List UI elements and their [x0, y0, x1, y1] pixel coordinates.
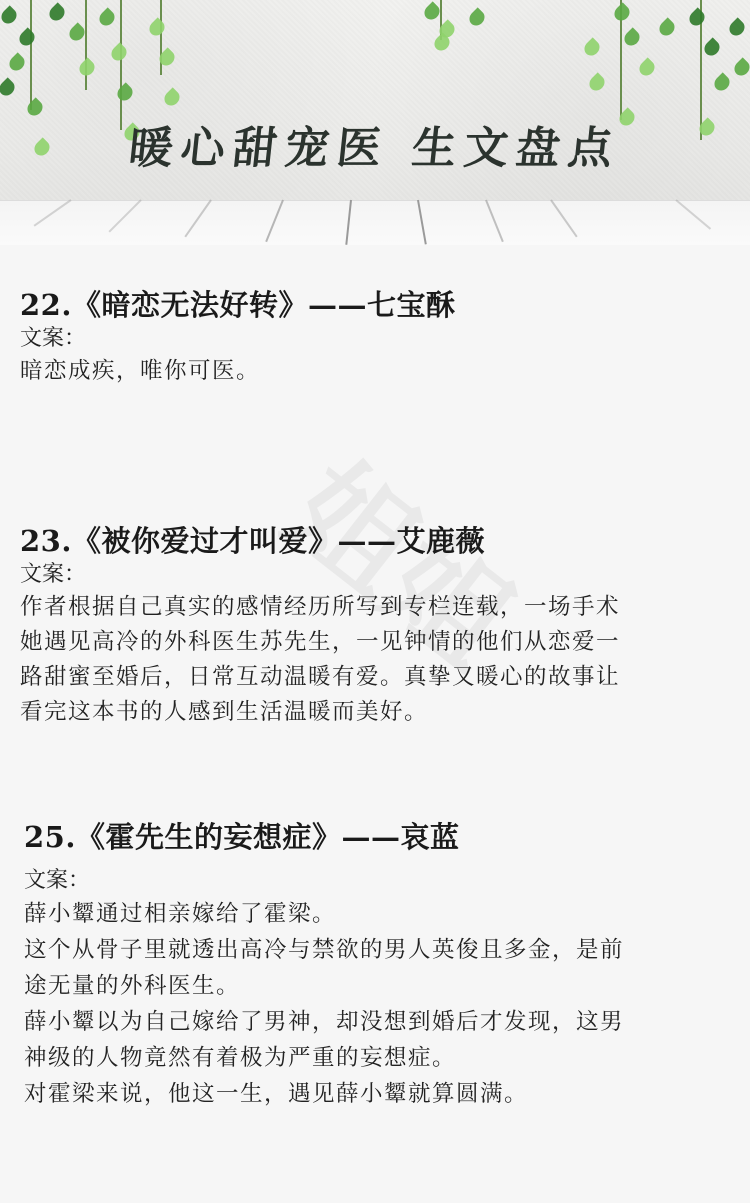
synopsis-label: 文案：	[20, 324, 740, 354]
synopsis-line: 这个从骨子里就透出高冷与禁欲的男人英俊且多金，是前	[24, 932, 744, 968]
synopsis-line: 途无量的外科医生。	[24, 968, 744, 1004]
synopsis-line: 作者根据自己真实的感情经历所写到专栏连载，一场手术	[20, 590, 740, 625]
synopsis-line: 暗恋成疾，唯你可医。	[20, 354, 740, 389]
book-title: 25.《霍先生的妄想症》——哀蓝	[24, 818, 744, 856]
book-title: 23.《被你爱过才叫爱》——艾鹿薇	[20, 522, 740, 560]
book-entry: 22.《暗恋无法好转》——七宝酥 文案： 暗恋成疾，唯你可医。	[20, 286, 740, 389]
synopsis-body: 暗恋成疾，唯你可医。	[20, 354, 740, 389]
synopsis-body: 薛小颦通过相亲嫁给了霍梁。 这个从骨子里就透出高冷与禁欲的男人英俊且多金，是前 …	[24, 896, 744, 1112]
wooden-floor-decoration	[0, 200, 750, 245]
synopsis-line: 对霍梁来说，他这一生，遇见薛小颦就算圆满。	[24, 1076, 744, 1112]
synopsis-label: 文案：	[20, 560, 740, 590]
synopsis-line: 神级的人物竟然有着极为严重的妄想症。	[24, 1040, 744, 1076]
book-entry: 25.《霍先生的妄想症》——哀蓝 文案： 薛小颦通过相亲嫁给了霍梁。 这个从骨子…	[24, 818, 744, 1112]
book-title: 22.《暗恋无法好转》——七宝酥	[20, 286, 740, 324]
synopsis-label: 文案：	[24, 866, 744, 896]
page-title: 暖心甜宠医 生文盘点	[0, 112, 750, 176]
synopsis-line: 薛小颦以为自己嫁给了男神，却没想到婚后才发现，这男	[24, 1004, 744, 1040]
header-banner: 暖心甜宠医 生文盘点	[0, 0, 750, 245]
book-entry: 23.《被你爱过才叫爱》——艾鹿薇 文案： 作者根据自己真实的感情经历所写到专栏…	[20, 522, 740, 730]
synopsis-line: 薛小颦通过相亲嫁给了霍梁。	[24, 896, 744, 932]
synopsis-body: 作者根据自己真实的感情经历所写到专栏连载，一场手术 她遇见高冷的外科医生苏先生，…	[20, 590, 740, 730]
synopsis-line: 她遇见高冷的外科医生苏先生，一见钟情的他们从恋爱一	[20, 625, 740, 660]
synopsis-line: 看完这本书的人感到生活温暖而美好。	[20, 695, 740, 730]
synopsis-line: 路甜蜜至婚后，日常互动温暖有爱。真挚又暖心的故事让	[20, 660, 740, 695]
